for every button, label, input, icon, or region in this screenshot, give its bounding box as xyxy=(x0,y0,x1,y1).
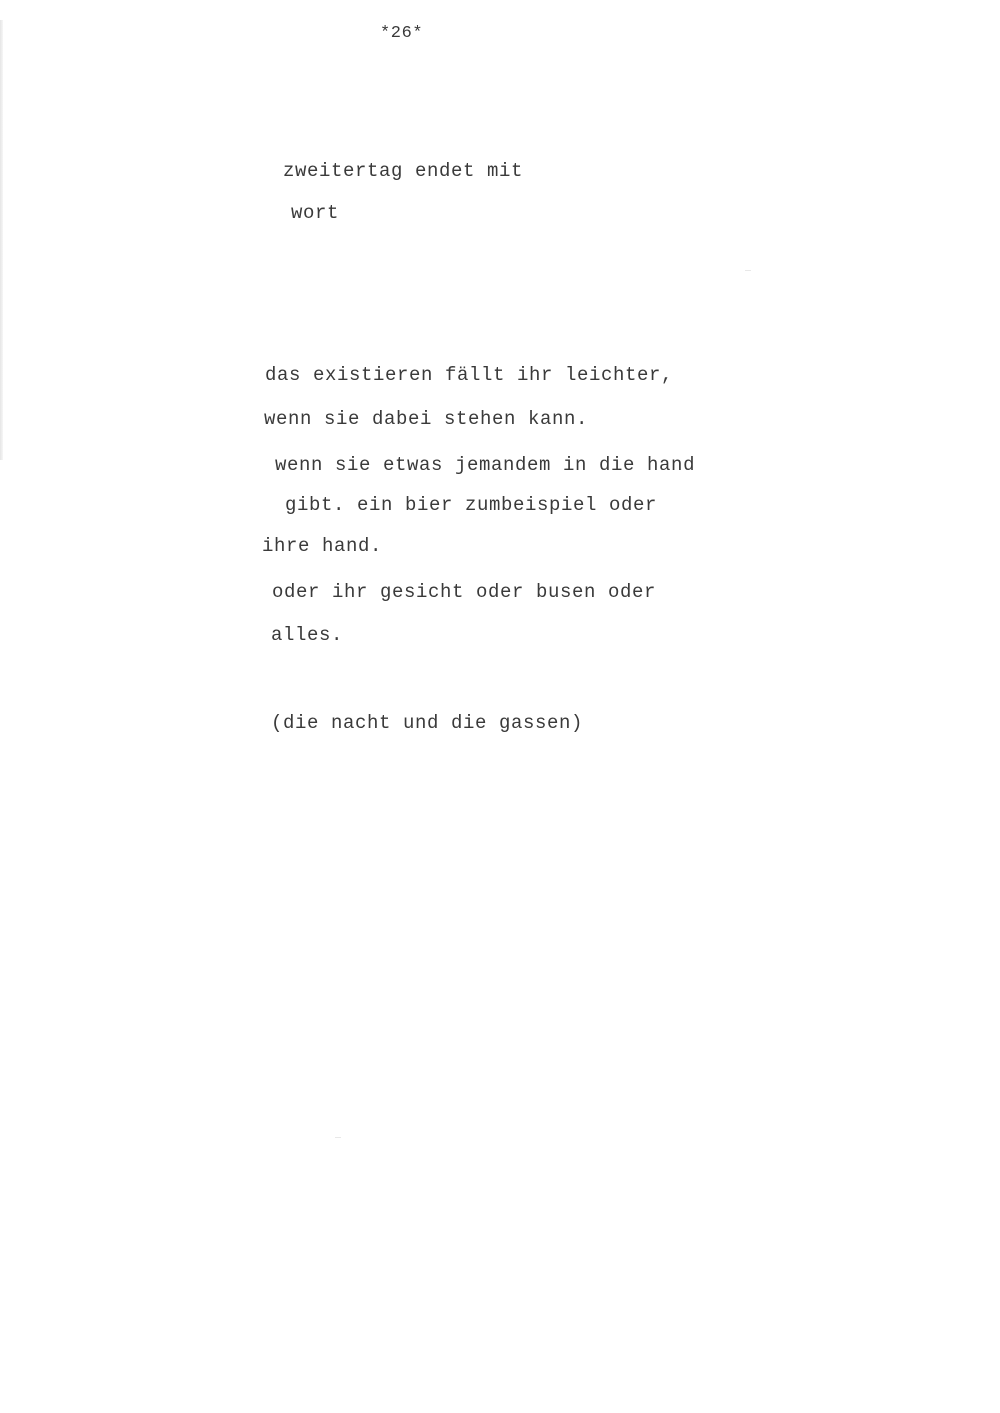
poem-line: gibt. ein bier zumbeispiel oder xyxy=(285,496,657,515)
heading-line: wort xyxy=(291,204,339,223)
scan-speck xyxy=(335,1137,341,1138)
poem-line: wenn sie etwas jemandem in die hand xyxy=(275,456,695,475)
poem-line: das existieren fällt ihr leichter, xyxy=(265,366,673,385)
poem-line: alles. xyxy=(271,626,343,645)
closing-line: (die nacht und die gassen) xyxy=(271,714,583,733)
page-number: *26* xyxy=(380,25,423,42)
poem-line: ihre hand. xyxy=(262,537,382,556)
scan-edge-shadow xyxy=(0,20,3,460)
scan-speck xyxy=(745,270,751,271)
poem-line: wenn sie dabei stehen kann. xyxy=(264,410,588,429)
poem-line: oder ihr gesicht oder busen oder xyxy=(272,583,656,602)
heading-line: zweitertag endet mit xyxy=(283,162,523,181)
